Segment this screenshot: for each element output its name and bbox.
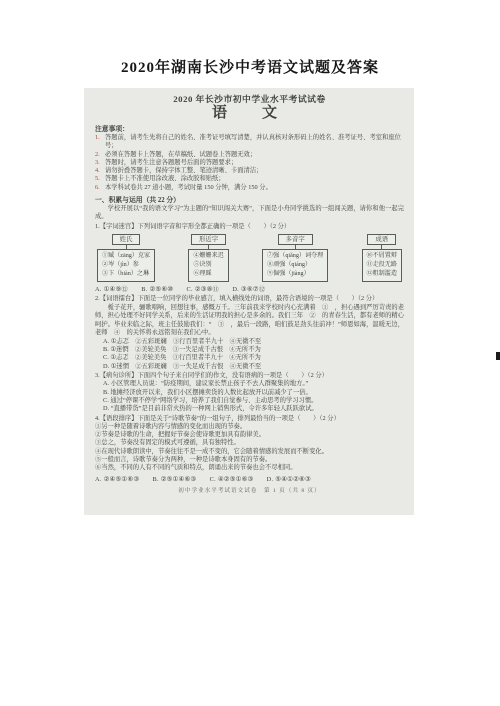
exam-scan: 2020 年长沙市初中学业水平考试试卷 语 文 注意事项： 1.答题前，请考生先…	[84, 88, 414, 515]
notice-number: 5.	[95, 175, 105, 183]
section-heading: 一、积累与运用（共 22 分）	[95, 196, 404, 205]
q1-item: ④姗姗来迟	[193, 252, 223, 261]
notice-number: 6.	[95, 184, 105, 192]
notice-text: 答题时，请考生注意各题题号后面的答题要求；	[105, 159, 404, 167]
q1-item: ⑥理睬	[193, 270, 223, 279]
q2-option-d: D. ①迷惘 ②五彩斑斓 ③一失足成千古恨 ④无微不至	[95, 363, 404, 371]
notice-number: 4.	[95, 167, 105, 175]
q1-group-polyphones: 多音字 ⑦强（qiǎng）词夺理 ⑧顽强（qiáng） ⑨倔强（jiàng）	[262, 234, 328, 282]
notice-item: 1.答题前，请考生先将自己的姓名、准考证号填写清楚，并认真核对条形码上的姓名、准…	[95, 134, 404, 151]
notice-number: 3.	[95, 159, 105, 167]
q1-group-items: ⑩不屑置辩 ⑪走投无路 ⑫粗制滥造	[362, 249, 402, 282]
page-background: 2020年湖南长沙中考语文试题及答案 2020 年长沙市初中学业水平考试试卷 语…	[0, 0, 500, 706]
q1-item: ⑤诀别	[193, 261, 223, 270]
q1-diagram: 姓氏 ①臧（zāng）克家 ②岑（jìn）参 ③卞（biàn）之琳 形近字 ④姗…	[97, 234, 402, 282]
q4-sentence-5: ⑤一般而言，诗歌节奏分为两种，一种是诗歌本身固有的节奏。	[95, 456, 404, 464]
q1-item: ⑩不屑置辩	[367, 252, 397, 261]
q2-option-a: A. ①忐忑 ②五彩斑斓 ③行百里者半九十 ④无微不至	[95, 338, 404, 346]
q1-item: ⑧顽强（qiáng）	[267, 261, 323, 270]
q3-option-a: A. 小区管理人员说：“防疫期间，建议家长禁止孩子不去人群聚集的地方。”	[95, 380, 404, 388]
notice-item: 6.本学科试卷共 27 道小题，考试时量 150 分钟，满分 150 分。	[95, 184, 404, 192]
q1-options: A. ①④⑨⑫ B. ②⑤⑥⑩ C. ②③⑧⑪ D. ③⑥⑦⑫	[95, 285, 404, 294]
q1-group-items: ⑦强（qiǎng）词夺理 ⑧顽强（qiáng） ⑨倔强（jiàng）	[262, 249, 328, 282]
q1-group-surnames: 姓氏 ①臧（zāng）克家 ②岑（jìn）参 ③卞（biàn）之琳	[97, 234, 155, 282]
notice-item: 5.答题卡上不准使用涂改液、涂改胶和贴纸；	[95, 175, 404, 183]
q4-options: A. ②④⑤①⑥③ B. ②⑤①④⑥③ C. ④②⑤①⑥③ D. ⑤④①②⑥③	[95, 475, 404, 484]
page-footer: 初中学业水平考试语文试卷 第 1 页（共 8 页）	[95, 487, 404, 495]
notice-text: 答题卡上不准使用涂改液、涂改胶和贴纸；	[105, 175, 404, 183]
notice-list: 1.答题前，请考生先将自己的姓名、准考证号填写清楚，并认真核对条形码上的姓名、准…	[95, 134, 404, 192]
notice-title: 注意事项：	[95, 125, 404, 134]
q4-sentence-6: ⑥当然，不同的人有不同的气质和特点，朗诵出来的节奏也会不尽相同。	[95, 464, 404, 472]
exam-subject: 语 文	[95, 105, 404, 122]
q4-sentence-3: ③总之，节奏没有固定的模式可遵循，具有独特性。	[95, 439, 404, 447]
q1-group-similar-chars: 形近字 ④姗姗来迟 ⑤诀别 ⑥理睬	[188, 234, 228, 282]
q1-group-items: ④姗姗来迟 ⑤诀别 ⑥理睬	[188, 249, 228, 282]
q2-stem: 2.【词语擂台】下面是一位同学的毕业感言，填入横线处的词语，最符合语境的一项是（…	[95, 295, 404, 304]
notice-text: 必须在答题卡上答题，在草稿纸、试题卷上答题无效；	[105, 151, 404, 159]
q1-item: ③卞（biàn）之琳	[102, 270, 150, 279]
q1-group-items: ①臧（zāng）克家 ②岑（jìn）参 ③卞（biàn）之琳	[97, 249, 155, 282]
exam-title: 2020 年长沙市初中学业水平考试试卷	[95, 94, 404, 104]
notice-text: 答题前，请考生先将自己的姓名、准考证号填写清楚，并认真核对条形码上的姓名、准考证…	[105, 134, 404, 151]
notice-number: 2.	[95, 151, 105, 159]
q1-item: ⑪走投无路	[367, 261, 397, 270]
ink-speck	[496, 352, 500, 360]
notice-text: 本学科试卷共 27 道小题，考试时量 150 分钟，满分 150 分。	[105, 184, 404, 192]
q1-item: ②岑（jìn）参	[102, 261, 150, 270]
q2-option-c: C. ①忐忑 ②美轮美奂 ③行百里者半九十 ④无所不为	[95, 354, 404, 362]
notice-item: 3.答题时，请考生注意各题题号后面的答题要求；	[95, 159, 404, 167]
notice-number: 1.	[95, 134, 105, 151]
q3-option-d: D. “直播带货”是目前非常火热的一种网上销售形式，令许多年轻人跃跃欲试。	[95, 405, 404, 413]
q1-group-label: 多音字	[278, 234, 313, 245]
q1-group-label: 姓氏	[112, 234, 141, 245]
q1-item: ⑦强（qiǎng）词夺理	[267, 252, 323, 261]
q4-stem: 4.【语段排序】下面是关于“诗歌节奏”的一组句子，排列最恰当的一项是（ ）（2 …	[95, 415, 404, 424]
q4-sentence-4: ④在现代诗歌朗读中，节奏往往不是一成不变的，它会随着情感的发展而不断变化。	[95, 448, 404, 456]
q1-group-label: 成语	[367, 234, 396, 245]
page-title: 2020年湖南长沙中考语文试题及答案	[0, 56, 500, 77]
section-intro: 学校开展以“我的语文学习”为主题的“知识闯关大赛”，下面是小舟同学挑选的一组闯关…	[95, 205, 404, 222]
q3-option-b: B. 地摊经济放开以来，我们小区摆摊卖货的人数比起放开以前减少了一倍。	[95, 389, 404, 397]
q1-group-label: 形近字	[191, 234, 226, 245]
q1-item: ⑫粗制滥造	[367, 270, 397, 279]
q2-passage: 栀子花开，骊歌唱响，回想往事，感慨万千。三年前我来学校时内心充满着 ① ，担心遇…	[95, 304, 404, 338]
q1-item: ①臧（zāng）克家	[102, 252, 150, 261]
q1-item: ⑨倔强（jiàng）	[267, 270, 323, 279]
q1-group-idioms: 成语 ⑩不屑置辩 ⑪走投无路 ⑫粗制滥造	[362, 234, 402, 282]
notice-item: 2.必须在答题卡上答题，在草稿纸、试题卷上答题无效；	[95, 151, 404, 159]
q1-stem: 1.【字词迷宫】下列词语字音和字形全都正确的一项是（ ）（2 分）	[95, 223, 404, 232]
